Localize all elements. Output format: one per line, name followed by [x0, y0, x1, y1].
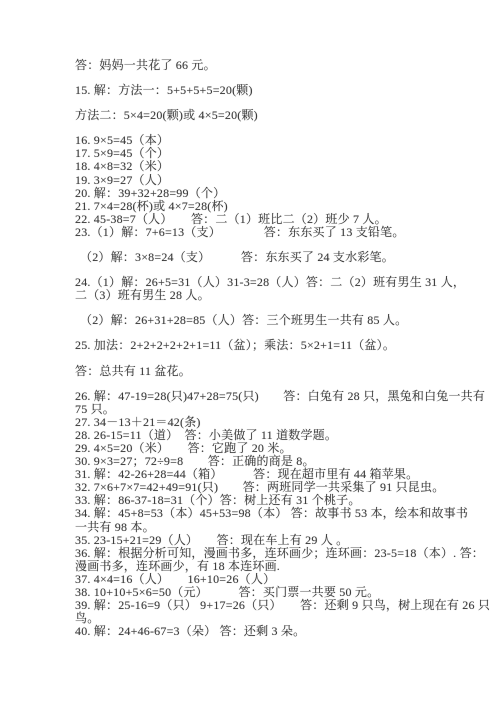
text-line: 答：妈妈一共花了 66 元。: [75, 59, 442, 72]
text-line: 一共有 98 本。: [75, 521, 442, 534]
text-line: 18. 4×8=32（米）: [75, 160, 442, 173]
text-line: 26. 解：47-19=28(只)47+28=75(只) 答：白兔有 28 只，…: [75, 390, 442, 403]
text-line: 19. 3×9=27（人）: [75, 174, 442, 187]
text-line: 15. 解：方法一：5+5+5+5=20(颗): [75, 84, 442, 97]
text-line: 28. 26-15=11（道） 答：小美做了 11 道数学题。: [75, 429, 442, 442]
text-line: （2）解：26+31+28=85（人）答：三个班男生一共有 85 人。: [75, 314, 442, 327]
text-line: 二（3）班有男生 28 人。: [75, 289, 442, 302]
text-line: 75 只。: [75, 403, 442, 416]
answer-lines: 答：妈妈一共花了 66 元。15. 解：方法一：5+5+5+5=20(颗)方法二…: [75, 59, 442, 638]
text-line: 27. 34－13＋21＝42(条): [75, 416, 442, 429]
text-line: 21. 7×4=28(杯)或 4×7=28(杯): [75, 200, 442, 213]
text-line: 漫画书多，连环画少，有 18 本连环画.: [75, 560, 442, 573]
document-page: 答：妈妈一共花了 66 元。15. 解：方法一：5+5+5+5=20(颗)方法二…: [0, 0, 500, 707]
text-line: 答：总共有 11 盆花。: [75, 365, 442, 378]
text-line: 22. 45-38=7（人） 答：二（1）班比二（2）班少 7 人。: [75, 213, 442, 226]
text-line: 方法二：5×4=20(颗)或 4×5=20(颗): [75, 109, 442, 122]
text-line: 40. 解：24+46-67=3（朵） 答：还剩 3 朵。: [75, 625, 442, 638]
text-line: 20. 解：39+32+28=99（个）: [75, 187, 442, 200]
text-line: 23.（1）解：7+6=13（支） 答：东东买了 13 支铅笔。: [75, 226, 442, 239]
text-line: 34. 解：45+8=53（本）45+53=98（本） 答：故事书 53 本，绘…: [75, 507, 442, 520]
text-line: （2）解：3×8=24（支） 答：东东买了 24 支水彩笔。: [75, 251, 442, 264]
text-line: 36. 解：根据分析可知，漫画书多，连环画少；连环画：23-5=18（本）. 答…: [75, 547, 442, 560]
text-line: 25. 加法：2+2+2+2+2+1=11（盆）；乘法：5×2+1=11（盆）。: [75, 339, 442, 352]
text-line: 35. 23-15+21=29（人） 答：现在车上有 29 人 。: [75, 534, 442, 547]
text-line: 39. 解：25-16=9（只） 9+17=26（只） 答：还剩 9 只鸟，树上…: [75, 599, 442, 612]
